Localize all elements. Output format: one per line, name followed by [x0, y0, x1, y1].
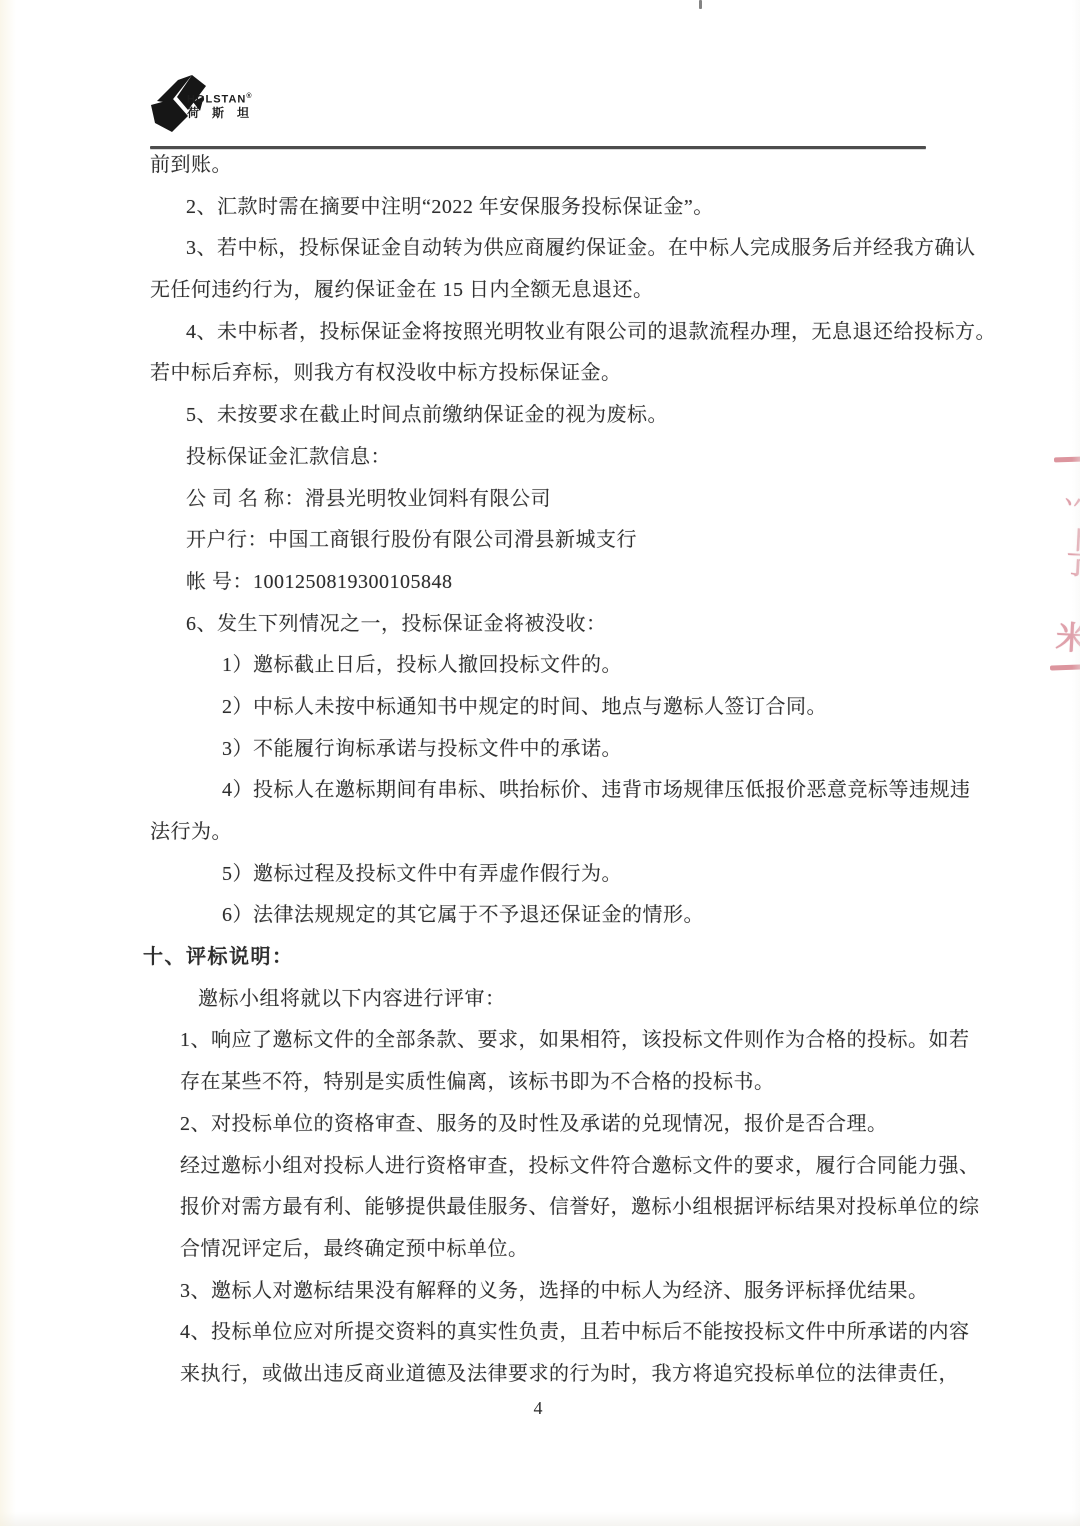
text-line: 经过邀标小组对投标人进行资格审查，投标文件符合邀标文件的要求，履行合同能力强、	[150, 1146, 950, 1188]
text-line: 无任何违约行为，履约保证金在 15 日内全额无息退还。	[150, 270, 950, 312]
text-line: 4、未中标者，投标保证金将按照光明牧业有限公司的退款流程办理，无息退还给投标方。	[150, 312, 950, 354]
logo-wordmark: HOLSTAN® 荷 斯 坦	[187, 93, 254, 120]
stamp-fragment	[1054, 457, 1080, 463]
text-line: 合情况评定后，最终确定预中标单位。	[150, 1229, 950, 1271]
text-line: 开户行：中国工商银行股份有限公司滑县新城支行	[150, 520, 950, 562]
scan-artifact-speck	[699, 0, 702, 9]
stamp-fragment	[1050, 664, 1080, 670]
text-line: 十、评标说明：	[143, 937, 950, 979]
text-line: 5）邀标过程及投标文件中有弄虚作假行为。	[150, 854, 950, 896]
text-line: 存在某些不符，特别是实质性偏离，该标书即为不合格的投标书。	[150, 1062, 950, 1104]
stamp-fragment: 卜	[1067, 520, 1080, 556]
text-line: 3、邀标人对邀标结果没有解释的义务，选择的中标人为经济、服务评标择优结果。	[150, 1271, 950, 1313]
document-page: HOLSTAN® 荷 斯 坦 前到账。2、汇款时需在摘要中注明“2022 年安保…	[0, 0, 1080, 1526]
page-number: 4	[150, 1398, 926, 1419]
text-line: 6）法律法规规定的其它属于不予退还保证金的情形。	[150, 895, 950, 937]
text-line: 2、汇款时需在摘要中注明“2022 年安保服务投标保证金”。	[150, 187, 950, 229]
text-line: 来执行，或做出违反商业道德及法律要求的行为时，我方将追究投标单位的法律责任，	[150, 1354, 950, 1396]
text-line: 4、投标单位应对所提交资料的真实性负责，且若中标后不能按投标文件中所承诺的内容	[150, 1312, 950, 1354]
text-line: 法行为。	[150, 812, 950, 854]
stamp-fragment: 丷	[1061, 486, 1080, 518]
text-line: 报价对需方最有利、能够提供最佳服务、信誉好，邀标小组根据评标结果对投标单位的综	[150, 1187, 950, 1229]
text-line: 公 司 名 称：滑县光明牧业饲料有限公司	[150, 479, 950, 521]
text-line: 3）不能履行询标承诺与投标文件中的承诺。	[150, 729, 950, 771]
stamp-fragment: 米	[1055, 612, 1080, 660]
text-line: 2、对投标单位的资格审查、服务的及时性及承诺的兑现情况，报价是否合理。	[150, 1104, 950, 1146]
text-line: 投标保证金汇款信息：	[150, 437, 950, 479]
logo-brand-chinese: 荷 斯 坦	[187, 107, 254, 120]
text-line: 帐 号：1001250819300105848	[150, 562, 950, 604]
text-line: 若中标后弃标，则我方有权没收中标方投标保证金。	[150, 353, 950, 395]
text-line: 5、未按要求在截止时间点前缴纳保证金的视为废标。	[150, 395, 950, 437]
text-line: 1、响应了邀标文件的全部条款、要求，如果相符，该投标文件则作为合格的投标。如若	[150, 1020, 950, 1062]
red-seal-stamp-fragment: 丷卜了米	[1044, 445, 1080, 695]
text-line: 2）中标人未按中标通知书中规定的时间、地点与邀标人签订合同。	[150, 687, 950, 729]
text-line: 前到账。	[150, 145, 950, 187]
registered-mark: ®	[246, 93, 252, 100]
logo-brand-latin: HOLSTAN®	[187, 93, 254, 106]
document-body: 前到账。2、汇款时需在摘要中注明“2022 年安保服务投标保证金”。3、若中标，…	[150, 145, 950, 1396]
text-line: 4）投标人在邀标期间有串标、哄抬标价、违背市场规律压低报价恶意竞标等违规违	[150, 770, 950, 812]
text-line: 邀标小组将就以下内容进行评审：	[150, 979, 950, 1021]
text-line: 3、若中标，投标保证金自动转为供应商履约保证金。在中标人完成服务后并经我方确认	[150, 228, 950, 270]
text-line: 6、发生下列情况之一，投标保证金将被没收：	[150, 604, 950, 646]
stamp-fragment: 了	[1064, 544, 1080, 582]
text-line: 1）邀标截止日后，投标人撤回投标文件的。	[150, 645, 950, 687]
